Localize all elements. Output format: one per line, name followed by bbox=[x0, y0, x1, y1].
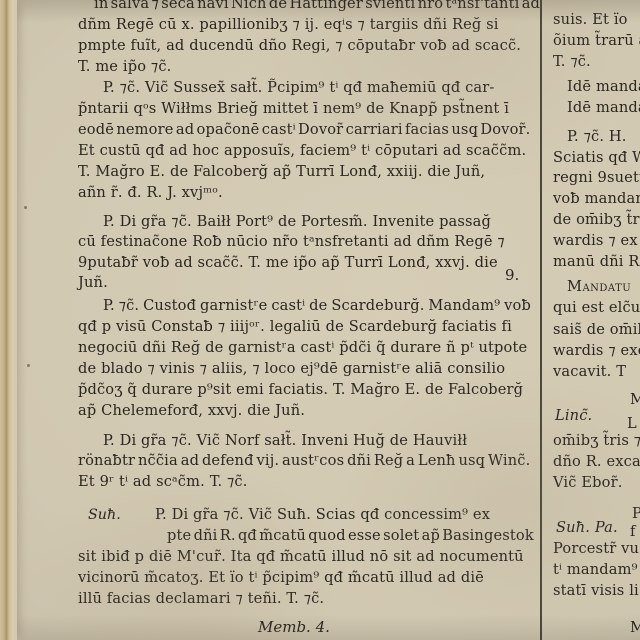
text-line: vicinorū m̃catoʒ. Et ïo tⁱ p̃cipim⁹ qđ m… bbox=[78, 568, 530, 589]
text-fragment: T. ⁊c̃. bbox=[553, 52, 591, 72]
text-fragment: õium t̃rarū a bbox=[553, 31, 640, 51]
text-line: de blado ⁊ vinis ⁊ aliis, ⁊ loco ej⁹dē g… bbox=[78, 359, 530, 380]
text-fragment: M bbox=[630, 390, 640, 410]
text-fragment: Idē mandat bbox=[567, 77, 640, 97]
text-line: P. Di gr̃a ⁊c̃. Vic̃ Norf sałt̃. Inveni … bbox=[78, 431, 530, 451]
text-fragment: Vic̃ Ebor̃. bbox=[553, 473, 623, 493]
paragraph: P. Di gr̃a ⁊c̃. Vic̃ Norf sałt̃. Inveni … bbox=[78, 431, 530, 492]
text-fragment: vacavit. T bbox=[553, 362, 626, 382]
text-line: eodē nemore ad opac̃onē castⁱ Dovor̃ car… bbox=[78, 119, 530, 140]
scanned-page: in salva ⁊ sec̃a navi Nich de Hattinger … bbox=[0, 0, 640, 640]
text-fragment: suis. Et ïo bbox=[553, 10, 628, 30]
text-line: añn r̃. đ. R. J. xvjᵐᵒ. bbox=[78, 182, 530, 203]
text-line: pmpte fuĩt, ad ducendū dño Regi, ⁊ cōput… bbox=[78, 35, 530, 56]
text-fragment: tⁱ mandam⁹ bbox=[553, 560, 638, 580]
text-line: T. Mağro E. de Falcoberğ ap̃ Turrī Lonđ,… bbox=[78, 161, 530, 182]
paragraph: P. Di gr̃a ⁊c̃. Vic̃ Suħ. Scias qđ conce… bbox=[78, 505, 530, 610]
text-fragment: regni 9suetud bbox=[553, 168, 640, 188]
text-fragment: P. ⁊c̃. H. bbox=[567, 127, 627, 147]
text-line: p̃dc̃oʒ q̃ durare p⁹sit emi faciatis. T.… bbox=[78, 380, 530, 401]
text-line: cū festinac̃one Roƀ nūcio nr̃o tᵃnsfreta… bbox=[78, 232, 530, 252]
text-line: P. Di gr̃a ⁊c̃. Vic̃ Suħ. Scias qđ conce… bbox=[78, 505, 530, 526]
column-divider-rule bbox=[540, 0, 542, 640]
text-fragment: de om̄ibʒ t̃ris bbox=[553, 210, 640, 230]
ink-speck bbox=[24, 206, 27, 209]
text-fragment: wardis ⁊ ex bbox=[553, 231, 638, 251]
text-fragment: qui est elc̃us bbox=[553, 298, 640, 318]
text-fragment: custodia Ro bbox=[553, 0, 640, 6]
text-line: P. ⁊c̃. Custođ garnistʳe castⁱ de Scarde… bbox=[78, 296, 530, 317]
text-fragment: statī visis li bbox=[553, 581, 639, 601]
text-line: pte dñi R. qđ m̃catū quod esse solet ap̃… bbox=[78, 526, 530, 547]
paragraph: P. ⁊c̃. Vic̃ Sussex̃ sałt̃. P̃cipim⁹ tⁱ … bbox=[78, 77, 530, 203]
text-fragment: Mandatu bbox=[567, 277, 631, 297]
paragraph: in salva ⁊ sec̃a navi Nich de Hattinger … bbox=[78, 0, 530, 77]
text-fragment: voƀ mandam⁹ bbox=[553, 189, 640, 209]
text-line: Juñ. bbox=[78, 273, 530, 293]
text-line: negociū dñi Reğ de garnistʳa castⁱ p̃dc̃… bbox=[78, 338, 530, 359]
text-fragment: Sciatis qđ W bbox=[553, 148, 640, 168]
text-fragment: manū dñi R bbox=[553, 252, 640, 272]
text-line: Et 9ʳ tⁱ ad scᵃc̃m. T. ⁊c̃. bbox=[78, 472, 530, 492]
text-line: illū facias declamari ⁊ teñi. T. ⁊c̃. bbox=[78, 589, 530, 610]
ink-speck bbox=[27, 364, 30, 367]
text-line: Et custū qđ ad hoc apposuĩs, faciem⁹ tⁱ … bbox=[78, 140, 530, 161]
paragraph: P. Di gr̃a ⁊c̃. Baiłł Port⁹ de Portesm̃.… bbox=[78, 212, 530, 293]
text-fragment: wardis ⁊ exc bbox=[553, 341, 640, 361]
text-fragment: Porcestr̃ vu bbox=[553, 539, 639, 559]
text-line: in salva ⁊ sec̃a navi Nich de Hattinger … bbox=[78, 0, 530, 14]
footer-membrane-label: Memb. 4. bbox=[258, 618, 330, 636]
text-fragment: Idē mandat bbox=[567, 98, 640, 118]
text-line: ap̃ Chelemeforđ, xxvj. die Juñ. bbox=[78, 401, 530, 422]
text-fragment: dño R. exca bbox=[553, 452, 640, 472]
text-line: qđ p visū Constaƀ ⁊ iiijᵒʳ. legaliū de S… bbox=[78, 317, 530, 338]
text-line: p̃ntarii qᵒs Wiłłms Brieğ mittet ī nem⁹ … bbox=[78, 98, 530, 119]
text-line: rönaƀtr nc̃c̃ia ad defenđ vij. austʳcos … bbox=[78, 451, 530, 471]
text-line: P. ⁊c̃. Vic̃ Sussex̃ sałt̃. P̃cipim⁹ tⁱ … bbox=[78, 77, 530, 98]
margin-note: Suħ. Pa. bbox=[556, 518, 618, 538]
text-fragment: M bbox=[630, 618, 640, 638]
page-number-fragment: 9. bbox=[505, 266, 519, 284]
text-fragment: P bbox=[632, 504, 640, 524]
page-gutter-edge bbox=[0, 0, 17, 640]
margin-note-suh: Suħ. bbox=[88, 507, 121, 523]
paragraph: P. ⁊c̃. Custođ garnistʳe castⁱ de Scarde… bbox=[78, 296, 530, 421]
margin-note: Linc̃. bbox=[555, 406, 592, 426]
text-line: sit ibiđ p diē M'cur̃. Ita qđ m̃catū ill… bbox=[78, 547, 530, 568]
text-fragment: sais̃ de om̄ib bbox=[553, 320, 640, 340]
text-fragment: om̄ibʒ t̃ris ⁊ bbox=[553, 431, 640, 451]
text-line: T. me ip̃o ⁊c̃. bbox=[78, 56, 530, 77]
text-line: P. Di gr̃a ⁊c̃. Baiłł Port⁹ de Portesm̃.… bbox=[78, 212, 530, 232]
text-line: 9putaƀr̃ voƀ ad scac̃c̃. T. me ip̃o ap̃ … bbox=[78, 253, 530, 273]
text-line: dñm Regē cū x. papillionibʒ ⁊ ij. eqⁱs ⁊… bbox=[78, 14, 530, 35]
